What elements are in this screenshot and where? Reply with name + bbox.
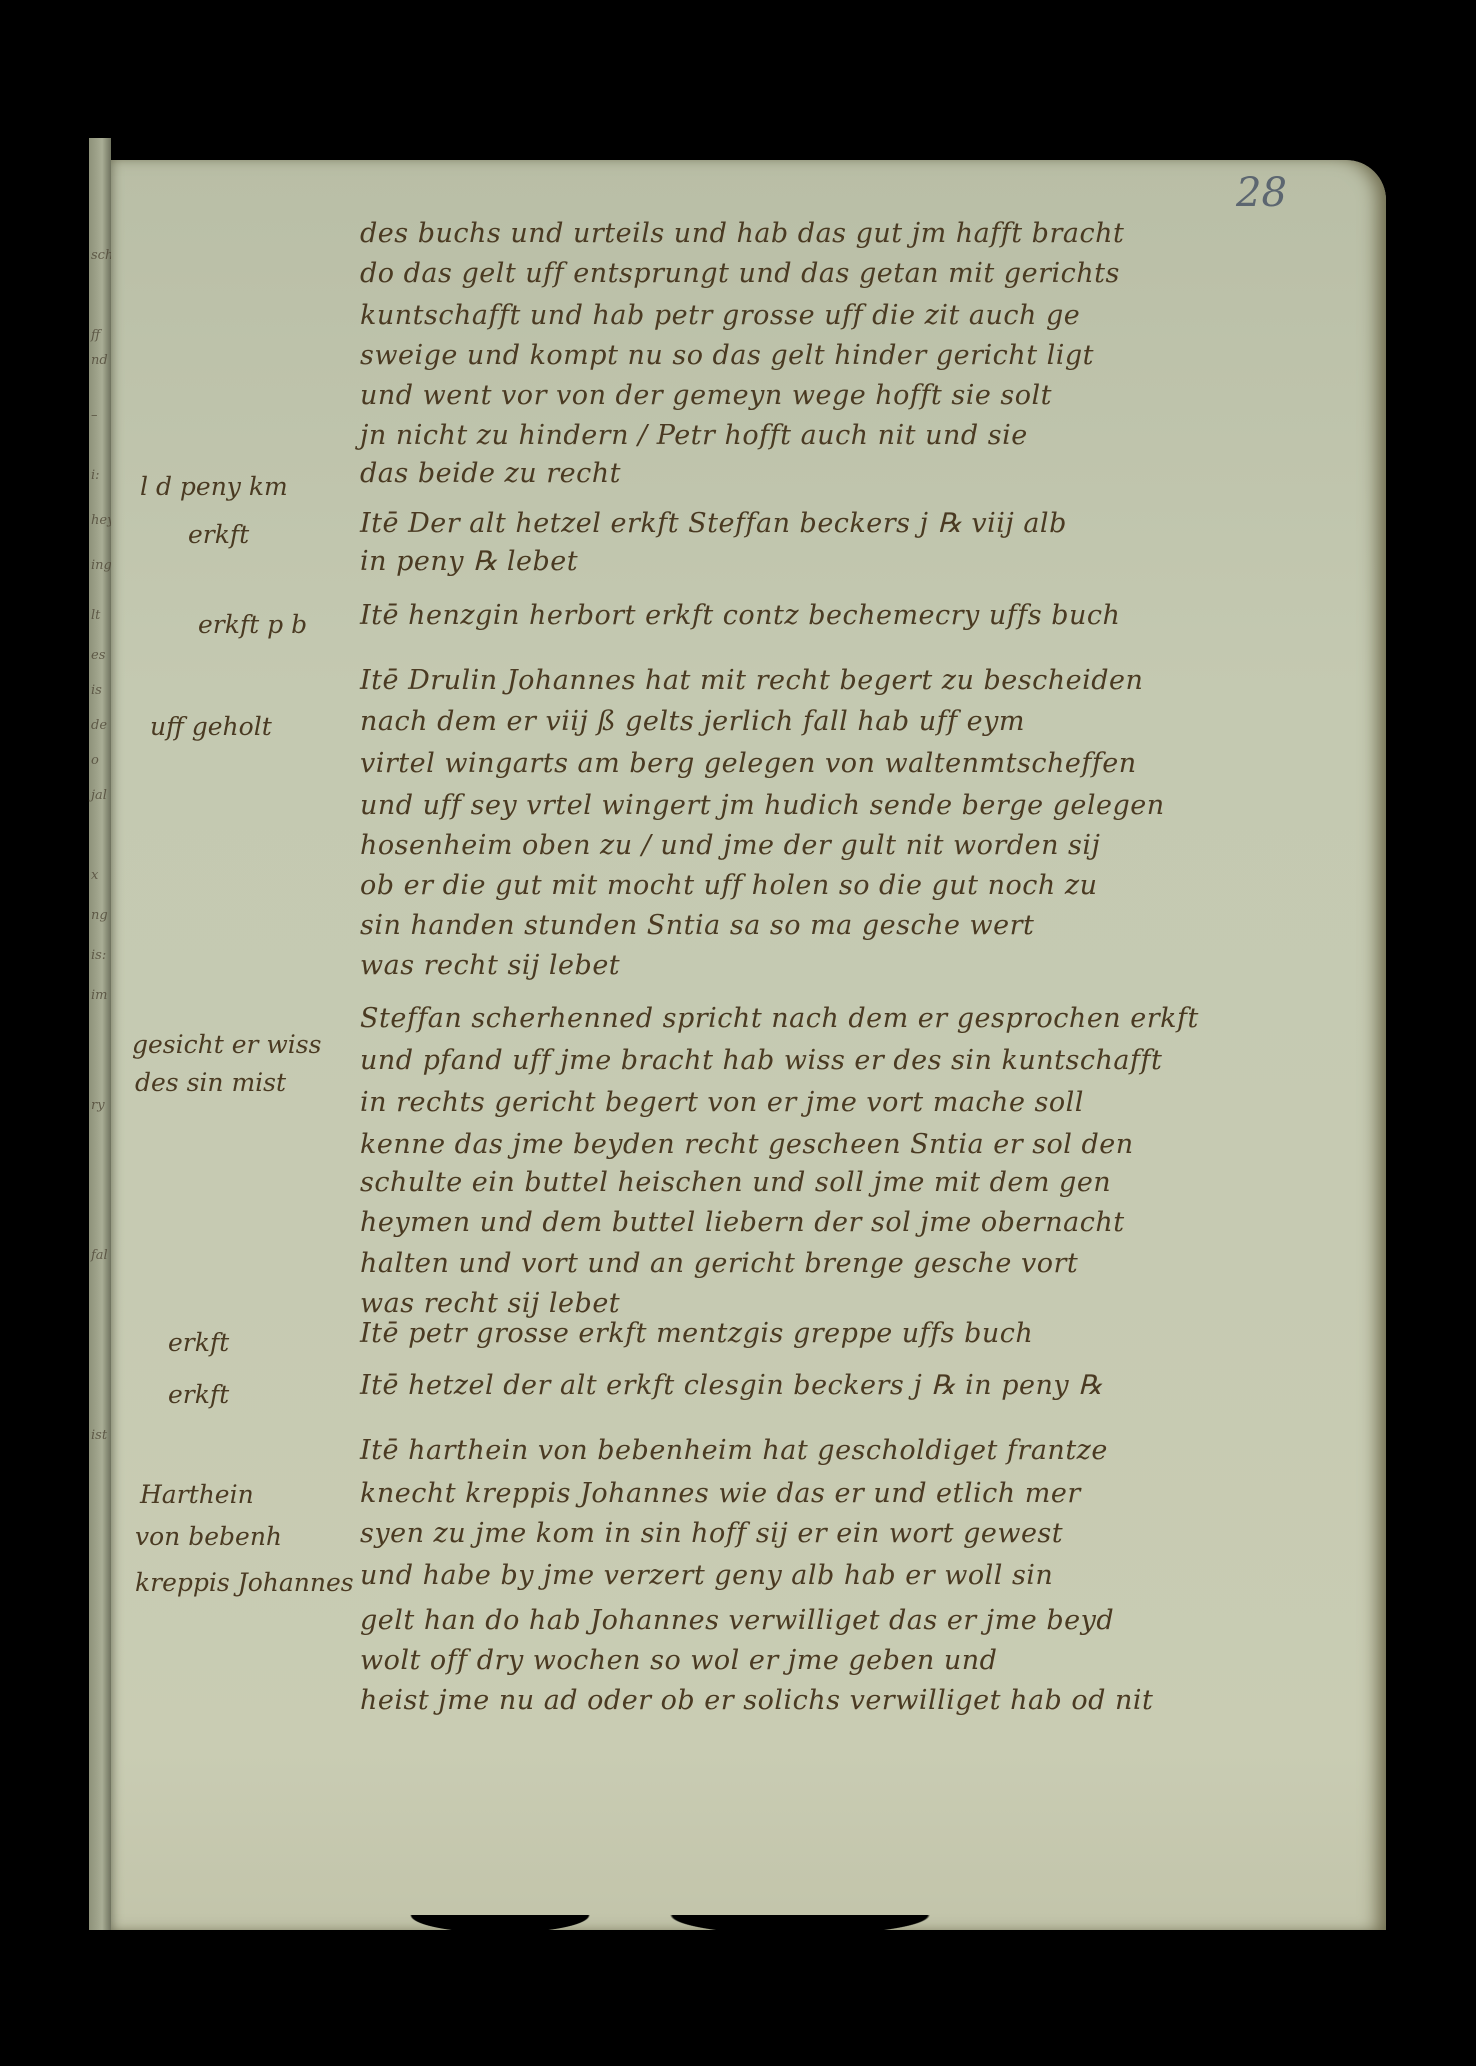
text-line: Itē Der alt hetzel erkft Steffan beckers…	[360, 508, 1067, 539]
text-line: Itē petr grosse erkft mentzgis greppe uf…	[360, 1318, 1033, 1349]
leaf-fragment: ist	[91, 1428, 107, 1443]
text-line: nach dem er viij ß gelts jerlich fall ha…	[360, 706, 1025, 737]
margin-note: erkft	[168, 1380, 229, 1409]
text-line: heymen und dem buttel liebern der sol jm…	[360, 1207, 1125, 1238]
text-line: sin handen stunden Sntia sa so ma gesche…	[360, 910, 1034, 941]
leaf-fragment: jal	[91, 788, 107, 803]
margin-note: erkft	[168, 1328, 229, 1357]
margin-note: l d peny km	[140, 472, 288, 501]
text-line: knecht kreppis Johannes wie das er und e…	[360, 1478, 1081, 1509]
margin-note: uff geholt	[150, 712, 272, 741]
text-line: und uff sey vrtel wingert jm hudich send…	[360, 790, 1165, 821]
text-line: heist jme nu ad oder ob er solichs verwi…	[360, 1685, 1153, 1716]
leaf-fragment: es	[91, 648, 105, 663]
text-line: wolt off dry wochen so wol er jme geben …	[360, 1645, 997, 1676]
leaf-fragment: nd	[91, 353, 108, 368]
leaf-fragment: ng	[91, 908, 108, 923]
text-line: ob er die gut mit mocht uff holen so die…	[360, 870, 1097, 901]
margin-note: kreppis Johannes	[135, 1568, 354, 1597]
folio-number: 28	[1236, 170, 1287, 216]
leaf-fragment: lt	[91, 608, 100, 623]
page-bottom-edge	[100, 1915, 1390, 1945]
margin-note: gesicht er wiss	[132, 1030, 321, 1059]
text-line: und went vor von der gemeyn wege hofft s…	[360, 380, 1052, 411]
leaf-fragment: fal	[91, 1248, 108, 1263]
text-line: Steffan scherhenned spricht nach dem er …	[360, 1003, 1199, 1034]
leaf-fragment: de	[91, 718, 107, 733]
text-line: in peny ℞ lebet	[360, 546, 578, 577]
text-line: gelt han do hab Johannes verwilliget das…	[360, 1605, 1114, 1636]
text-line: was recht sij lebet	[360, 1288, 620, 1319]
text-line: in rechts gericht begert von er jme vort…	[360, 1087, 1084, 1118]
leaf-fragment: –	[91, 408, 98, 423]
text-line: schulte ein buttel heischen und soll jme…	[360, 1167, 1111, 1198]
text-line: jn nicht zu hindern / Petr hofft auch ni…	[360, 420, 1028, 451]
text-line: Itē Drulin Johannes hat mit recht begert…	[360, 665, 1143, 696]
leaf-fragment: i:	[91, 468, 100, 483]
margin-note: von bebenh	[135, 1522, 282, 1551]
leaf-fragment: is:	[91, 948, 106, 963]
text-line: des buchs und urteils und hab das gut jm…	[360, 218, 1124, 249]
text-line: syen zu jme kom in sin hoff sij er ein w…	[360, 1518, 1063, 1549]
text-line: do das gelt uff entsprungt und das getan…	[360, 258, 1120, 289]
text-line: was recht sij lebet	[360, 950, 620, 981]
text-line: Itē harthein von bebenheim hat gescholdi…	[360, 1435, 1108, 1466]
margin-note: erkft p b	[198, 610, 307, 639]
leaf-fragment: ry	[91, 1098, 105, 1113]
leaf-fragment: x	[91, 868, 98, 883]
text-line: und habe by jme verzert geny alb hab er …	[360, 1560, 1053, 1591]
text-line: und pfand uff jme bracht hab wiss er des…	[360, 1045, 1162, 1076]
text-line: kenne das jme beyden recht gescheen Snti…	[360, 1129, 1134, 1160]
leaf-fragment: ff	[91, 328, 100, 343]
text-line: sweige und kompt nu so das gelt hinder g…	[360, 340, 1094, 371]
margin-note: Harthein	[140, 1480, 254, 1509]
text-line: Itē henzgin herbort erkft contz bechemec…	[360, 600, 1120, 631]
margin-note: des sin mist	[135, 1068, 286, 1097]
text-line: kuntschafft und hab petr grosse uff die …	[360, 300, 1080, 331]
text-line: virtel wingarts am berg gelegen von walt…	[360, 748, 1137, 779]
leaf-fragment: o	[91, 753, 99, 768]
text-line: halten und vort und an gericht brenge ge…	[360, 1248, 1078, 1279]
margin-note: erkft	[188, 520, 249, 549]
text-line: Itē hetzel der alt erkft clesgin beckers…	[360, 1370, 1103, 1401]
leaf-fragment: ing	[91, 558, 112, 573]
text-line: hosenheim oben zu / und jme der gult nit…	[360, 830, 1100, 861]
leaf-fragment: im	[91, 988, 108, 1003]
text-line: das beide zu recht	[360, 458, 621, 489]
leaf-fragment: is	[91, 683, 102, 698]
previous-leaf-edge: sche ff nd – i: hey ing lt es is de o ja…	[89, 138, 111, 1930]
